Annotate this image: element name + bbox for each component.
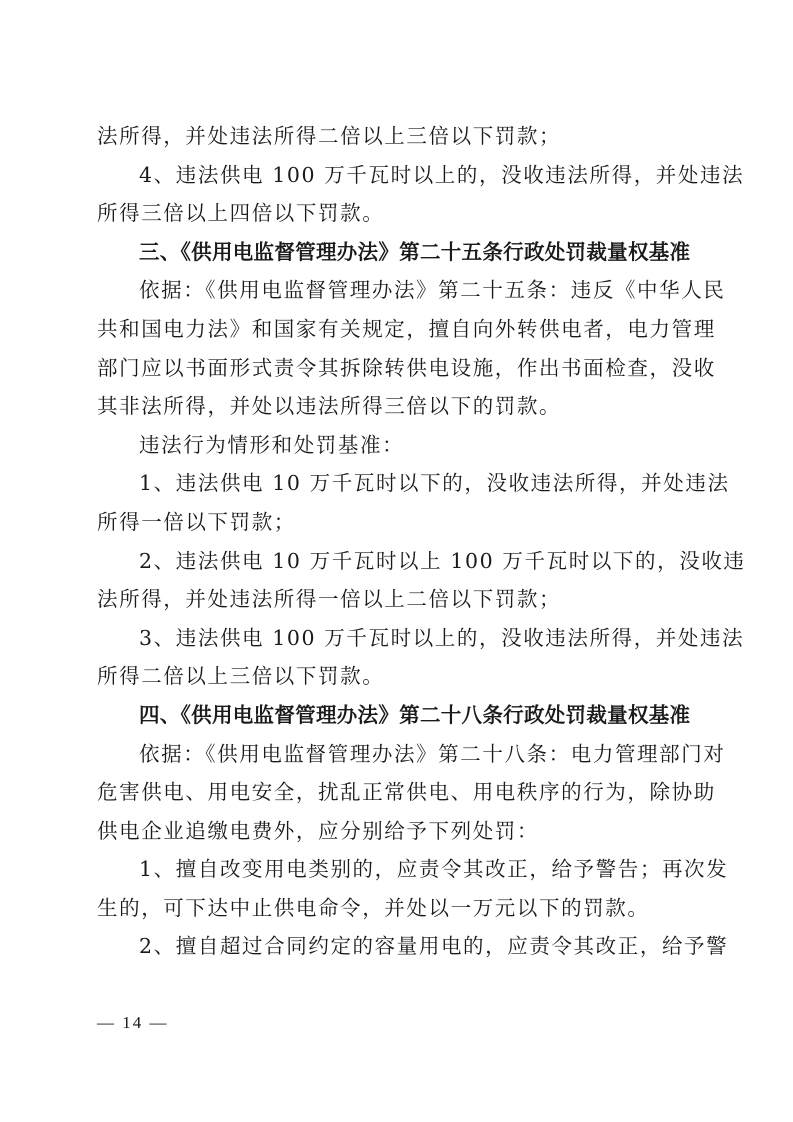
list-item: 3、违法供电 100 万千瓦时以上的，没收违法所得，并处违法 xyxy=(97,619,699,658)
paragraph-line: 依据：《供用电监督管理办法》第二十八条：电力管理部门对 xyxy=(97,735,699,774)
text-line: 法所得，并处违法所得二倍以上三倍以下罚款； xyxy=(97,117,699,156)
section-heading: 三、《供用电监督管理办法》第二十五条行政处罚裁量权基准 xyxy=(97,233,699,272)
text-line: 所得三倍以上四倍以下罚款。 xyxy=(97,194,699,233)
paragraph-line: 部门应以书面形式责令其拆除转供电设施，作出书面检查，没收 xyxy=(97,349,699,388)
paragraph-line: 依据：《供用电监督管理办法》第二十五条：违反《中华人民 xyxy=(97,271,699,310)
list-item: 4、违法供电 100 万千瓦时以上的，没收违法所得，并处违法 xyxy=(97,156,699,195)
list-item: 2、违法供电 10 万千瓦时以上 100 万千瓦时以下的，没收违 xyxy=(97,542,699,581)
paragraph-line: 其非法所得，并处以违法所得三倍以下的罚款。 xyxy=(97,387,699,426)
document-body: 法所得，并处违法所得二倍以上三倍以下罚款； 4、违法供电 100 万千瓦时以上的… xyxy=(97,117,699,966)
list-item: 2、擅自超过合同约定的容量用电的，应责令其改正，给予警 xyxy=(97,927,699,966)
text-line: 生的，可下达中止供电命令，并处以一万元以下的罚款。 xyxy=(97,889,699,928)
paragraph-line: 危害供电、用电安全，扰乱正常供电、用电秩序的行为，除协助 xyxy=(97,773,699,812)
text-line: 法所得，并处违法所得一倍以上二倍以下罚款； xyxy=(97,580,699,619)
text-line: 所得二倍以上三倍以下罚款。 xyxy=(97,657,699,696)
list-item: 1、擅自改变用电类别的，应责令其改正，给予警告；再次发 xyxy=(97,850,699,889)
list-item: 1、违法供电 10 万千瓦时以下的，没收违法所得，并处违法 xyxy=(97,464,699,503)
text-line: 所得一倍以下罚款； xyxy=(97,503,699,542)
page-number: — 14 — xyxy=(97,1013,169,1033)
subheading-line: 违法行为情形和处罚基准： xyxy=(97,426,699,465)
section-heading: 四、《供用电监督管理办法》第二十八条行政处罚裁量权基准 xyxy=(97,696,699,735)
paragraph-line: 供电企业追缴电费外，应分别给予下列处罚： xyxy=(97,812,699,851)
paragraph-line: 共和国电力法》和国家有关规定，擅自向外转供电者，电力管理 xyxy=(97,310,699,349)
